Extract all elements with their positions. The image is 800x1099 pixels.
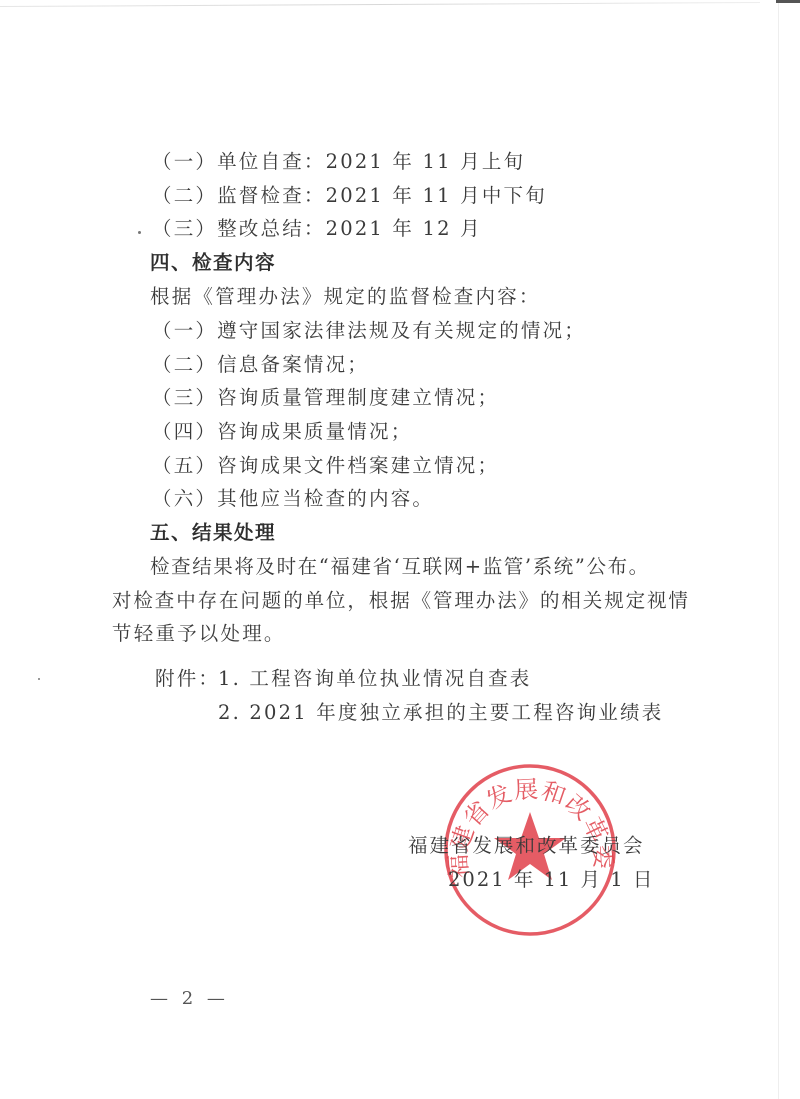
section-5-heading: 五、结果处理 — [150, 521, 276, 545]
schedule-item-3: （三）整改总结：2021 年 12 月 — [152, 217, 482, 241]
attachment-item-2: 2. 2021 年度独立承担的主要工程咨询业绩表 — [218, 701, 663, 725]
section-4-item-2: （二）信息备案情况； — [152, 353, 369, 377]
scan-edge-right — [778, 0, 779, 1099]
section-4-item-3: （三）咨询质量管理制度建立情况； — [152, 386, 499, 410]
attachment-item-1: 1. 工程咨询单位执业情况自查表 — [218, 667, 532, 691]
section-4-heading: 四、检查内容 — [150, 251, 276, 275]
section-4-item-6: （六）其他应当检查的内容。 — [152, 487, 434, 511]
scan-edge-top — [0, 2, 760, 7]
scan-corner — [776, 0, 800, 3]
signature-organization: 福建省发展和改革委员会 — [408, 830, 645, 858]
scan-speck — [38, 678, 40, 680]
section-4-item-4: （四）咨询成果质量情况； — [152, 420, 412, 444]
attachments-label: 附件： — [155, 667, 220, 691]
section-5-paragraph-line-2: 对检查中存在问题的单位，根据《管理办法》的相关规定视情 — [112, 589, 690, 613]
section-4-item-1: （一）遵守国家法律法规及有关规定的情况； — [152, 319, 586, 343]
section-4-item-5: （五）咨询成果文件档案建立情况； — [152, 454, 499, 478]
schedule-item-1: （一）单位自查：2021 年 11 月上旬 — [152, 150, 525, 174]
section-5-paragraph-line-3: 节轻重予以处理。 — [112, 622, 286, 646]
page-number: — 2 — — [150, 988, 229, 1009]
scan-dot — [138, 231, 141, 234]
section-4-intro: 根据《管理办法》规定的监督检查内容： — [150, 285, 541, 309]
section-5-paragraph-line-1: 检查结果将及时在“福建省‘互联网+监管’系统”公布。 — [150, 555, 650, 579]
signature-date: 2021 年 11 月 1 日 — [448, 864, 654, 892]
schedule-item-2: （二）监督检查：2021 年 11 月中下旬 — [152, 184, 547, 208]
